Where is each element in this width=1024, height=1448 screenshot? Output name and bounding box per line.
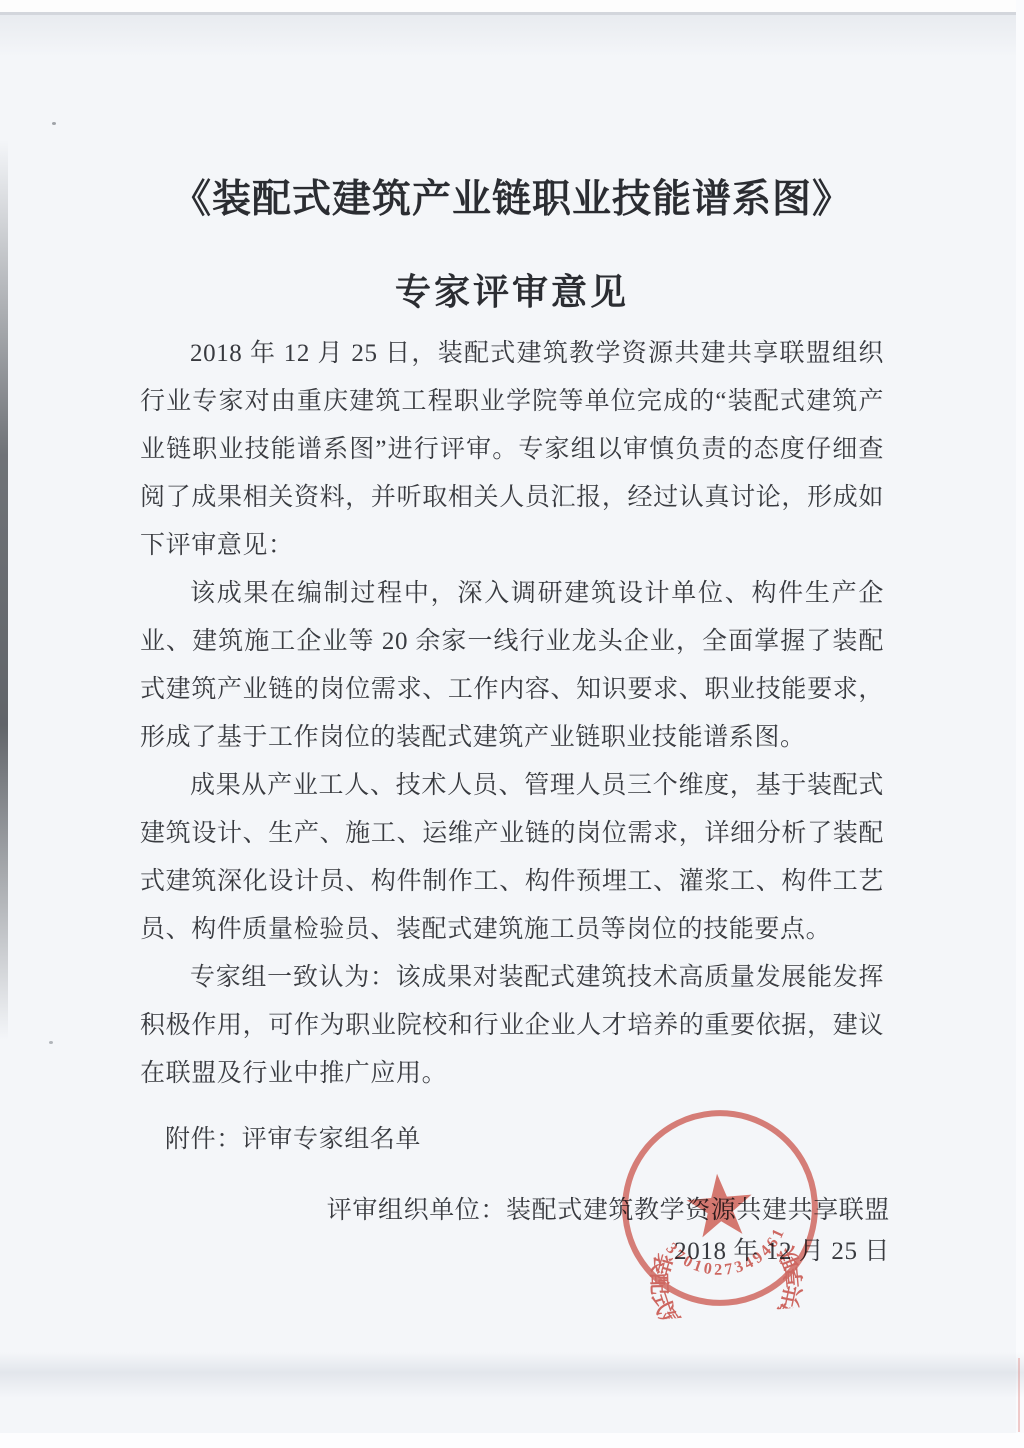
scan-edge-left-shadow [0,140,8,1040]
paragraph-conclusion: 专家组一致认为：该成果对装配式建筑技术高质量发展能发挥积极作用，可作为职业院校和… [140,954,884,1098]
doc-title-line1: 《装配式建筑产业链职业技能谱系图》 [140,168,884,224]
doc-title-line2: 专家评审意见 [140,264,884,315]
scanned-page: 《装配式建筑产业链职业技能谱系图》 专家评审意见 2018 年 12 月 25 … [0,0,1024,1448]
document-body: 2018 年 12 月 25 日，装配式建筑教学资源共建共享联盟组织行业专家对由… [140,330,884,1164]
paragraph-analysis: 成果从产业工人、技术人员、管理人员三个维度，基于装配式建筑设计、生产、施工、运维… [140,762,884,954]
paragraph-intro: 2018 年 12 月 25 日，装配式建筑教学资源共建共享联盟组织行业专家对由… [140,330,884,570]
scan-artifact-line [1018,1358,1020,1432]
scan-edge-right [1016,0,1024,1448]
scan-edge-bottom [0,1433,1024,1448]
scan-edge-top [0,0,1024,12]
stamp-star-icon [685,1171,755,1239]
title-block: 《装配式建筑产业链职业技能谱系图》 专家评审意见 [140,168,884,315]
scan-noise-band-bottom [0,1352,1024,1398]
scan-noise-band-top [0,15,1024,57]
stamp-number: 3701027349461 [661,1222,793,1284]
stamp-number-container: 3701027349461 [661,1222,793,1284]
official-seal-stamp: 装配式建筑教学资源共建共享联盟 3701027349461 [605,1093,835,1323]
stamp-group: 装配式建筑教学资源共建共享联盟 3701027349461 [605,1093,828,1323]
scan-speck [49,1041,53,1044]
paragraph-process: 该成果在编制过程中，深入调研建筑设计单位、构件生产企业、建筑施工企业等 20 余… [140,570,884,762]
scan-speck [52,122,56,125]
